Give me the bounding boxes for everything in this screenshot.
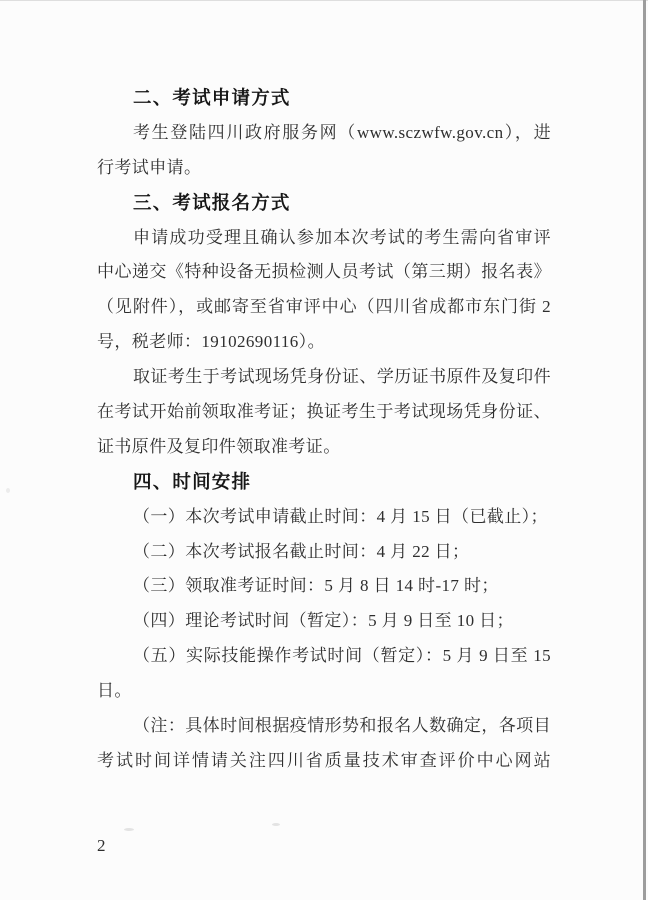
scan-edge-top <box>0 0 648 1</box>
scanned-document-page: 二、考试申请方式 考生登陆四川政府服务网（www.sczwfw.gov.cn），… <box>0 0 648 900</box>
text-line: 号，税老师：19102690116）。 <box>97 325 551 360</box>
heading-time-schedule: 四、时间安排 <box>97 465 551 500</box>
scan-artifact-speck <box>6 488 10 493</box>
text-line: 证书原件及复印件领取准考证。 <box>97 430 551 465</box>
scan-edge-right <box>643 0 646 900</box>
schedule-item-3: （三）领取准考证时间：5 月 8 日 14 时-17 时； <box>97 569 551 604</box>
schedule-item-5: （五）实际技能操作考试时间（暂定）：5 月 9 日至 15 <box>97 639 551 674</box>
text-line: 行考试申请。 <box>97 151 551 186</box>
text-line: 中心递交《特种设备无损检测人员考试（第三期）报名表》 <box>97 255 551 290</box>
text-line: 日。 <box>97 674 551 709</box>
heading-exam-application-method: 二、考试申请方式 <box>97 81 551 116</box>
document-body: 二、考试申请方式 考生登陆四川政府服务网（www.sczwfw.gov.cn），… <box>97 81 551 779</box>
page-number: 2 <box>97 834 106 858</box>
schedule-item-2: （二）本次考试报名截止时间：4 月 22 日； <box>97 535 551 570</box>
text-line: 申请成功受理且确认参加本次考试的考生需向省审评 <box>97 221 551 256</box>
text-line: （见附件），或邮寄至省审评中心（四川省成都市东门街 2 <box>97 290 551 325</box>
text-line: 取证考生于考试现场凭身份证、学历证书原件及复印件 <box>97 360 551 395</box>
schedule-item-4: （四）理论考试时间（暂定）：5 月 9 日至 10 日； <box>97 604 551 639</box>
note-line: 考试时间详情请关注四川省质量技术审查评价中心网站 <box>97 744 551 779</box>
text-line: 考生登陆四川政府服务网（www.sczwfw.gov.cn），进 <box>97 116 551 151</box>
text-line: 在考试开始前领取准考证；换证考生于考试现场凭身份证、 <box>97 395 551 430</box>
scan-artifact-speck <box>124 828 134 831</box>
schedule-item-1: （一）本次考试申请截止时间：4 月 15 日（已截止）； <box>97 500 551 535</box>
heading-exam-registration-method: 三、考试报名方式 <box>97 186 551 221</box>
note-line: （注：具体时间根据疫情形势和报名人数确定，各项目 <box>97 709 551 744</box>
scan-artifact-speck <box>272 823 280 826</box>
